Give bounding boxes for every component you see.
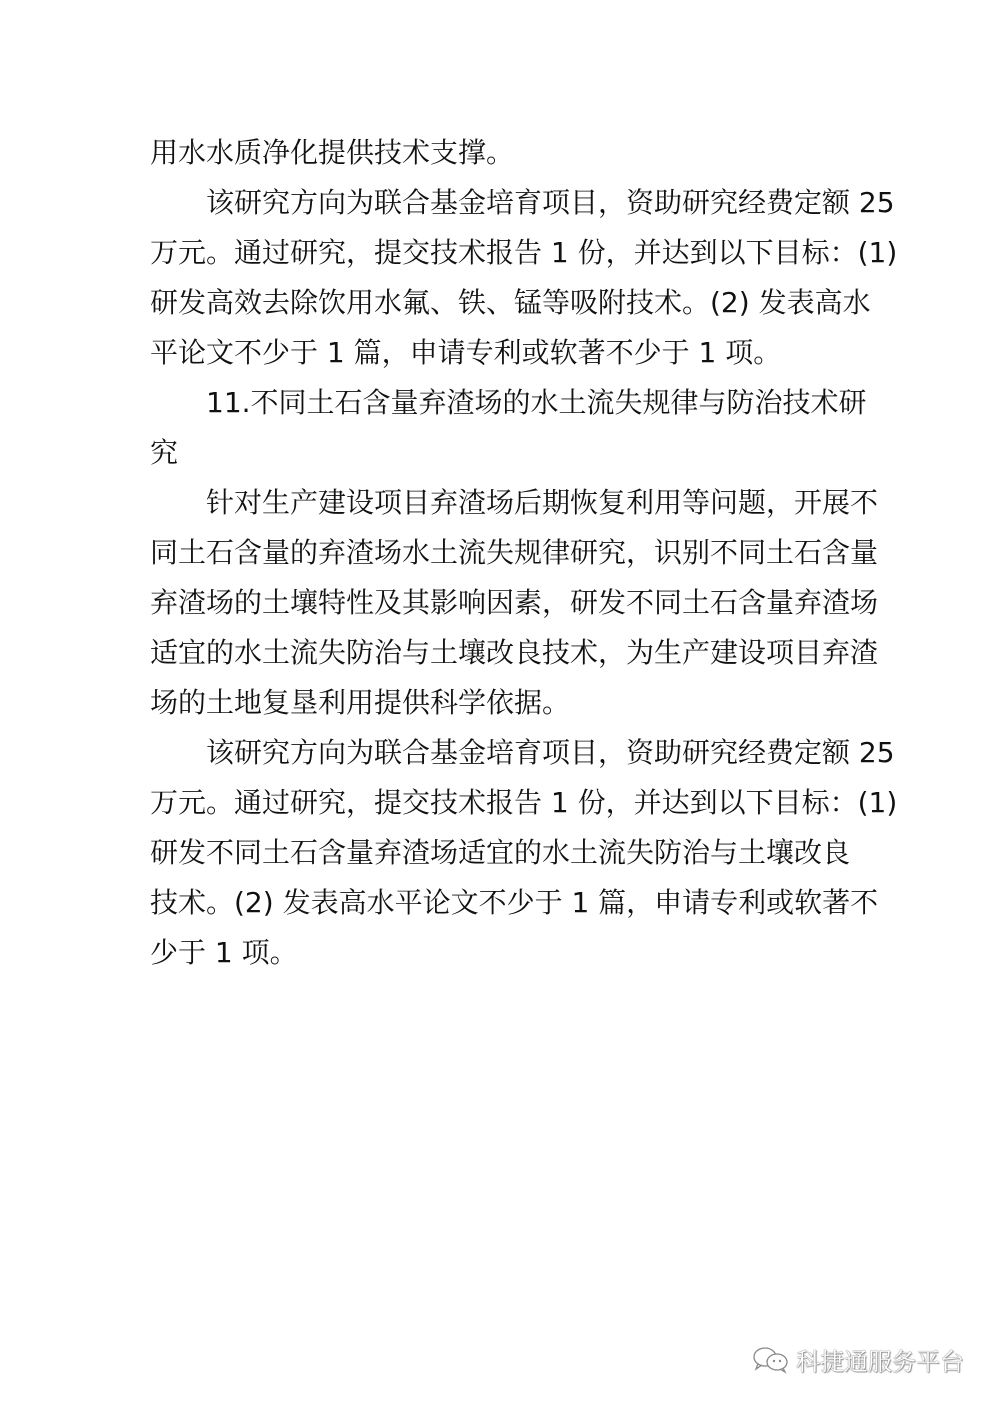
paragraph-line: 该研究方向为联合基金培育项目，资助研究经费定额 25 (150, 178, 844, 228)
wechat-icon (752, 1346, 790, 1374)
paragraph-line: 少于 1 项。 (150, 928, 844, 978)
paragraph-line: 研发不同土石含量弃渣场适宜的水土流失防治与土壤改良 (150, 828, 844, 878)
paragraph-line: 平论文不少于 1 篇，申请专利或软著不少于 1 项。 (150, 328, 844, 378)
paragraph-line: 研发高效去除饮用水氟、铁、锰等吸附技术。(2) 发表高水 (150, 278, 844, 328)
paragraph-line: 场的土地复垦利用提供科学依据。 (150, 678, 844, 728)
section-heading: 究 (150, 428, 844, 478)
paragraph-line: 适宜的水土流失防治与土壤改良技术，为生产建设项目弃渣 (150, 628, 844, 678)
paragraph-line: 同土石含量的弃渣场水土流失规律研究，识别不同土石含量 (150, 528, 844, 578)
paragraph-line: 万元。通过研究，提交技术报告 1 份，并达到以下目标：(1) (150, 778, 844, 828)
paragraph-line: 技术。(2) 发表高水平论文不少于 1 篇，申请专利或软著不 (150, 878, 844, 928)
watermark: 科捷通服务平台 (752, 1342, 964, 1377)
paragraph-line: 针对生产建设项目弃渣场后期恢复利用等问题，开展不 (150, 478, 844, 528)
paragraph-line: 万元。通过研究，提交技术报告 1 份，并达到以下目标：(1) (150, 228, 844, 278)
paragraph-line: 用水水质净化提供技术支撑。 (150, 128, 844, 178)
section-heading: 11.不同土石含量弃渣场的水土流失规律与防治技术研 (150, 378, 844, 428)
watermark-label: 科捷通服务平台 (796, 1342, 964, 1377)
document-body: 用水水质净化提供技术支撑。 该研究方向为联合基金培育项目，资助研究经费定额 25… (150, 128, 844, 978)
paragraph-line: 弃渣场的土壤特性及其影响因素，研发不同土石含量弃渣场 (150, 578, 844, 628)
paragraph-line: 该研究方向为联合基金培育项目，资助研究经费定额 25 (150, 728, 844, 778)
